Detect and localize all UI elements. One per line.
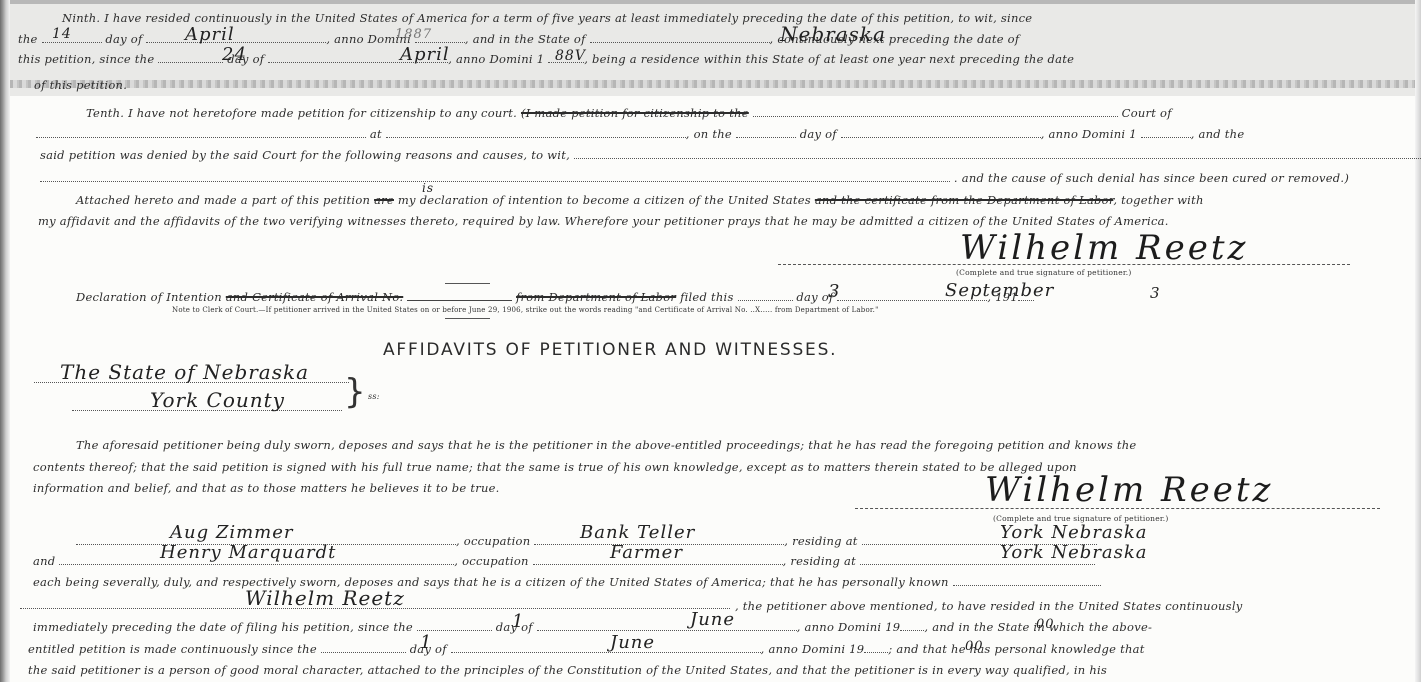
witness-line-5: the said petitioner is a person of good … <box>28 663 1107 677</box>
text: , together with <box>1113 193 1203 207</box>
text: and <box>33 554 55 568</box>
text: Attached hereto and made a part of this … <box>76 193 370 207</box>
rule <box>445 283 490 284</box>
handwritten-witness-2-name: Henry Marquardt <box>160 542 336 563</box>
text: Tenth. I have not heretofore made petiti… <box>86 106 517 120</box>
struck-text: and the certificate from the Department … <box>815 193 1113 207</box>
text: , occupation <box>454 554 528 568</box>
text: day of <box>105 32 142 46</box>
handwritten-venue-county: York County <box>150 388 285 412</box>
field-reasons <box>574 149 1421 159</box>
handwritten-year: 3 <box>1150 284 1161 302</box>
handwritten-witness-1-name: Aug Zimmer <box>170 522 294 543</box>
handwritten-year: 00 <box>965 639 984 654</box>
field-day <box>321 643 406 653</box>
text: , anno Domini 19 <box>797 620 901 634</box>
text: , anno Domini 19 <box>761 642 865 656</box>
handwritten-witness-1-occupation: Bank Teller <box>580 522 695 543</box>
handwritten-day: 1 <box>420 632 432 653</box>
blank <box>407 300 512 301</box>
field-day <box>158 53 223 63</box>
field-year <box>864 643 888 653</box>
text: my declaration of intention to become a … <box>398 193 811 207</box>
text: this petition, since the <box>18 52 154 66</box>
text: at <box>370 127 382 141</box>
text: , anno Domini 1 <box>1041 127 1137 141</box>
affidavit-line-1: The aforesaid petitioner being duly swor… <box>76 438 1136 452</box>
handwritten-day: 24 <box>222 44 247 65</box>
declaration-line: Declaration of Intention and Certificate… <box>76 290 1034 304</box>
signature-caption: (Complete and true signature of petition… <box>956 268 1132 277</box>
field-year <box>900 621 924 631</box>
handwritten-month: June <box>690 609 735 630</box>
petitioner-signature: Wilhelm Reetz <box>985 470 1273 510</box>
handwritten-day: 3 <box>828 281 840 302</box>
scan-top-edge <box>10 0 1421 4</box>
text: , and in the State of <box>465 32 586 46</box>
section-heading: AFFIDAVITS OF PETITIONER AND WITNESSES. <box>383 340 837 360</box>
field-reasons-cont <box>40 172 950 182</box>
handwritten-month: April <box>185 24 235 45</box>
text: Court of <box>1122 106 1172 120</box>
attached-line-2: my affidavit and the affidavits of the t… <box>38 214 1169 228</box>
scan-noise-strip <box>10 80 1421 88</box>
text: each being severally, duly, and respecti… <box>33 575 949 589</box>
struck-text: (I made petition for citizenship to the <box>521 106 749 120</box>
petitioner-signature: Wilhelm Reetz <box>960 228 1248 268</box>
witness-oath-line: each being severally, duly, and respecti… <box>33 575 1101 589</box>
tenth-line-4: . and the cause of such denial has since… <box>40 171 1349 185</box>
text: , anno Domini 1 <box>448 52 544 66</box>
text: . and the cause of such denial has since… <box>954 171 1349 185</box>
handwritten-month: September <box>945 280 1054 301</box>
handwritten-state: Nebraska <box>780 22 886 46</box>
text: ; and that he has personal knowledge tha… <box>888 642 1144 656</box>
handwritten-year: 00 <box>1036 617 1055 632</box>
handwritten-petitioner-name: Wilhelm Reetz <box>245 586 405 610</box>
scan-left-edge <box>0 0 10 682</box>
field-place <box>386 128 686 138</box>
struck-text: are <box>374 193 394 207</box>
handwritten-month: April <box>400 44 450 65</box>
text: , residing at <box>784 534 857 548</box>
scan-right-edge <box>1415 0 1421 682</box>
attached-line-1: Attached hereto and made a part of this … <box>76 193 1204 207</box>
affidavit-line-3: information and belief, and that as to t… <box>33 481 500 495</box>
ninth-line-4: of this petition. <box>34 78 127 92</box>
text: , residing at <box>783 554 856 568</box>
field-month <box>451 643 761 653</box>
text: , being a residence within this State of… <box>584 52 1074 66</box>
field-month <box>537 621 797 631</box>
brace: } <box>344 372 366 412</box>
rule <box>445 318 490 319</box>
text: filed this <box>680 290 734 304</box>
handwritten-witness-2-occupation: Farmer <box>610 542 683 563</box>
text: , occupation <box>456 534 530 548</box>
struck-text: and Certificate of Arrival No. <box>226 290 403 304</box>
tenth-line-1: Tenth. I have not heretofore made petiti… <box>86 106 1172 120</box>
field-month <box>146 33 326 43</box>
affidavit-line-2: contents thereof; that the said petition… <box>33 460 1077 474</box>
field-court <box>753 107 1118 117</box>
field-day <box>417 621 492 631</box>
struck-text: from Department of Labor <box>516 290 676 304</box>
ninth-line-1: Ninth. I have resided continuously in th… <box>62 11 1032 25</box>
tenth-line-3: said petition was denied by the said Cou… <box>40 148 1421 162</box>
text: day of <box>800 127 837 141</box>
handwritten-day: 14 <box>52 26 72 42</box>
tenth-line-2: at , on the day of , anno Domini 1 , and… <box>36 127 1244 141</box>
text: the <box>18 32 38 46</box>
text: , on the <box>686 127 732 141</box>
handwritten-year: 88V <box>555 48 586 64</box>
field-month <box>841 128 1041 138</box>
handwritten-venue-state: The State of Nebraska <box>60 360 309 384</box>
witness-line-3: immediately preceding the date of filing… <box>33 620 1152 634</box>
witness-line-2: , the petitioner above mentioned, to hav… <box>735 599 1243 613</box>
ninth-line-3: this petition, since the day of , anno D… <box>18 52 1074 66</box>
ss-label: ss: <box>368 392 380 401</box>
field-year <box>1141 128 1191 138</box>
document-page: Ninth. I have resided continuously in th… <box>0 0 1421 682</box>
field-known <box>953 576 1101 586</box>
text: said petition was denied by the said Cou… <box>40 148 570 162</box>
field-state <box>590 33 770 43</box>
handwritten-year: 1887 <box>395 27 432 42</box>
handwritten-day: 1 <box>512 611 524 632</box>
handwritten-month: June <box>610 632 655 653</box>
text: , and the <box>1191 127 1245 141</box>
note-to-clerk: Note to Clerk of Court.—If petitioner ar… <box>172 306 879 314</box>
text: immediately preceding the date of filing… <box>33 620 413 634</box>
field-court-name <box>36 128 366 138</box>
text: Declaration of Intention <box>76 290 222 304</box>
field-day <box>738 291 793 301</box>
handwritten-witness-2-residence: York Nebraska <box>1000 542 1148 563</box>
field-day <box>736 128 796 138</box>
handwritten-witness-1-residence: York Nebraska <box>1000 522 1148 543</box>
text: entitled petition is made continuously s… <box>28 642 317 656</box>
